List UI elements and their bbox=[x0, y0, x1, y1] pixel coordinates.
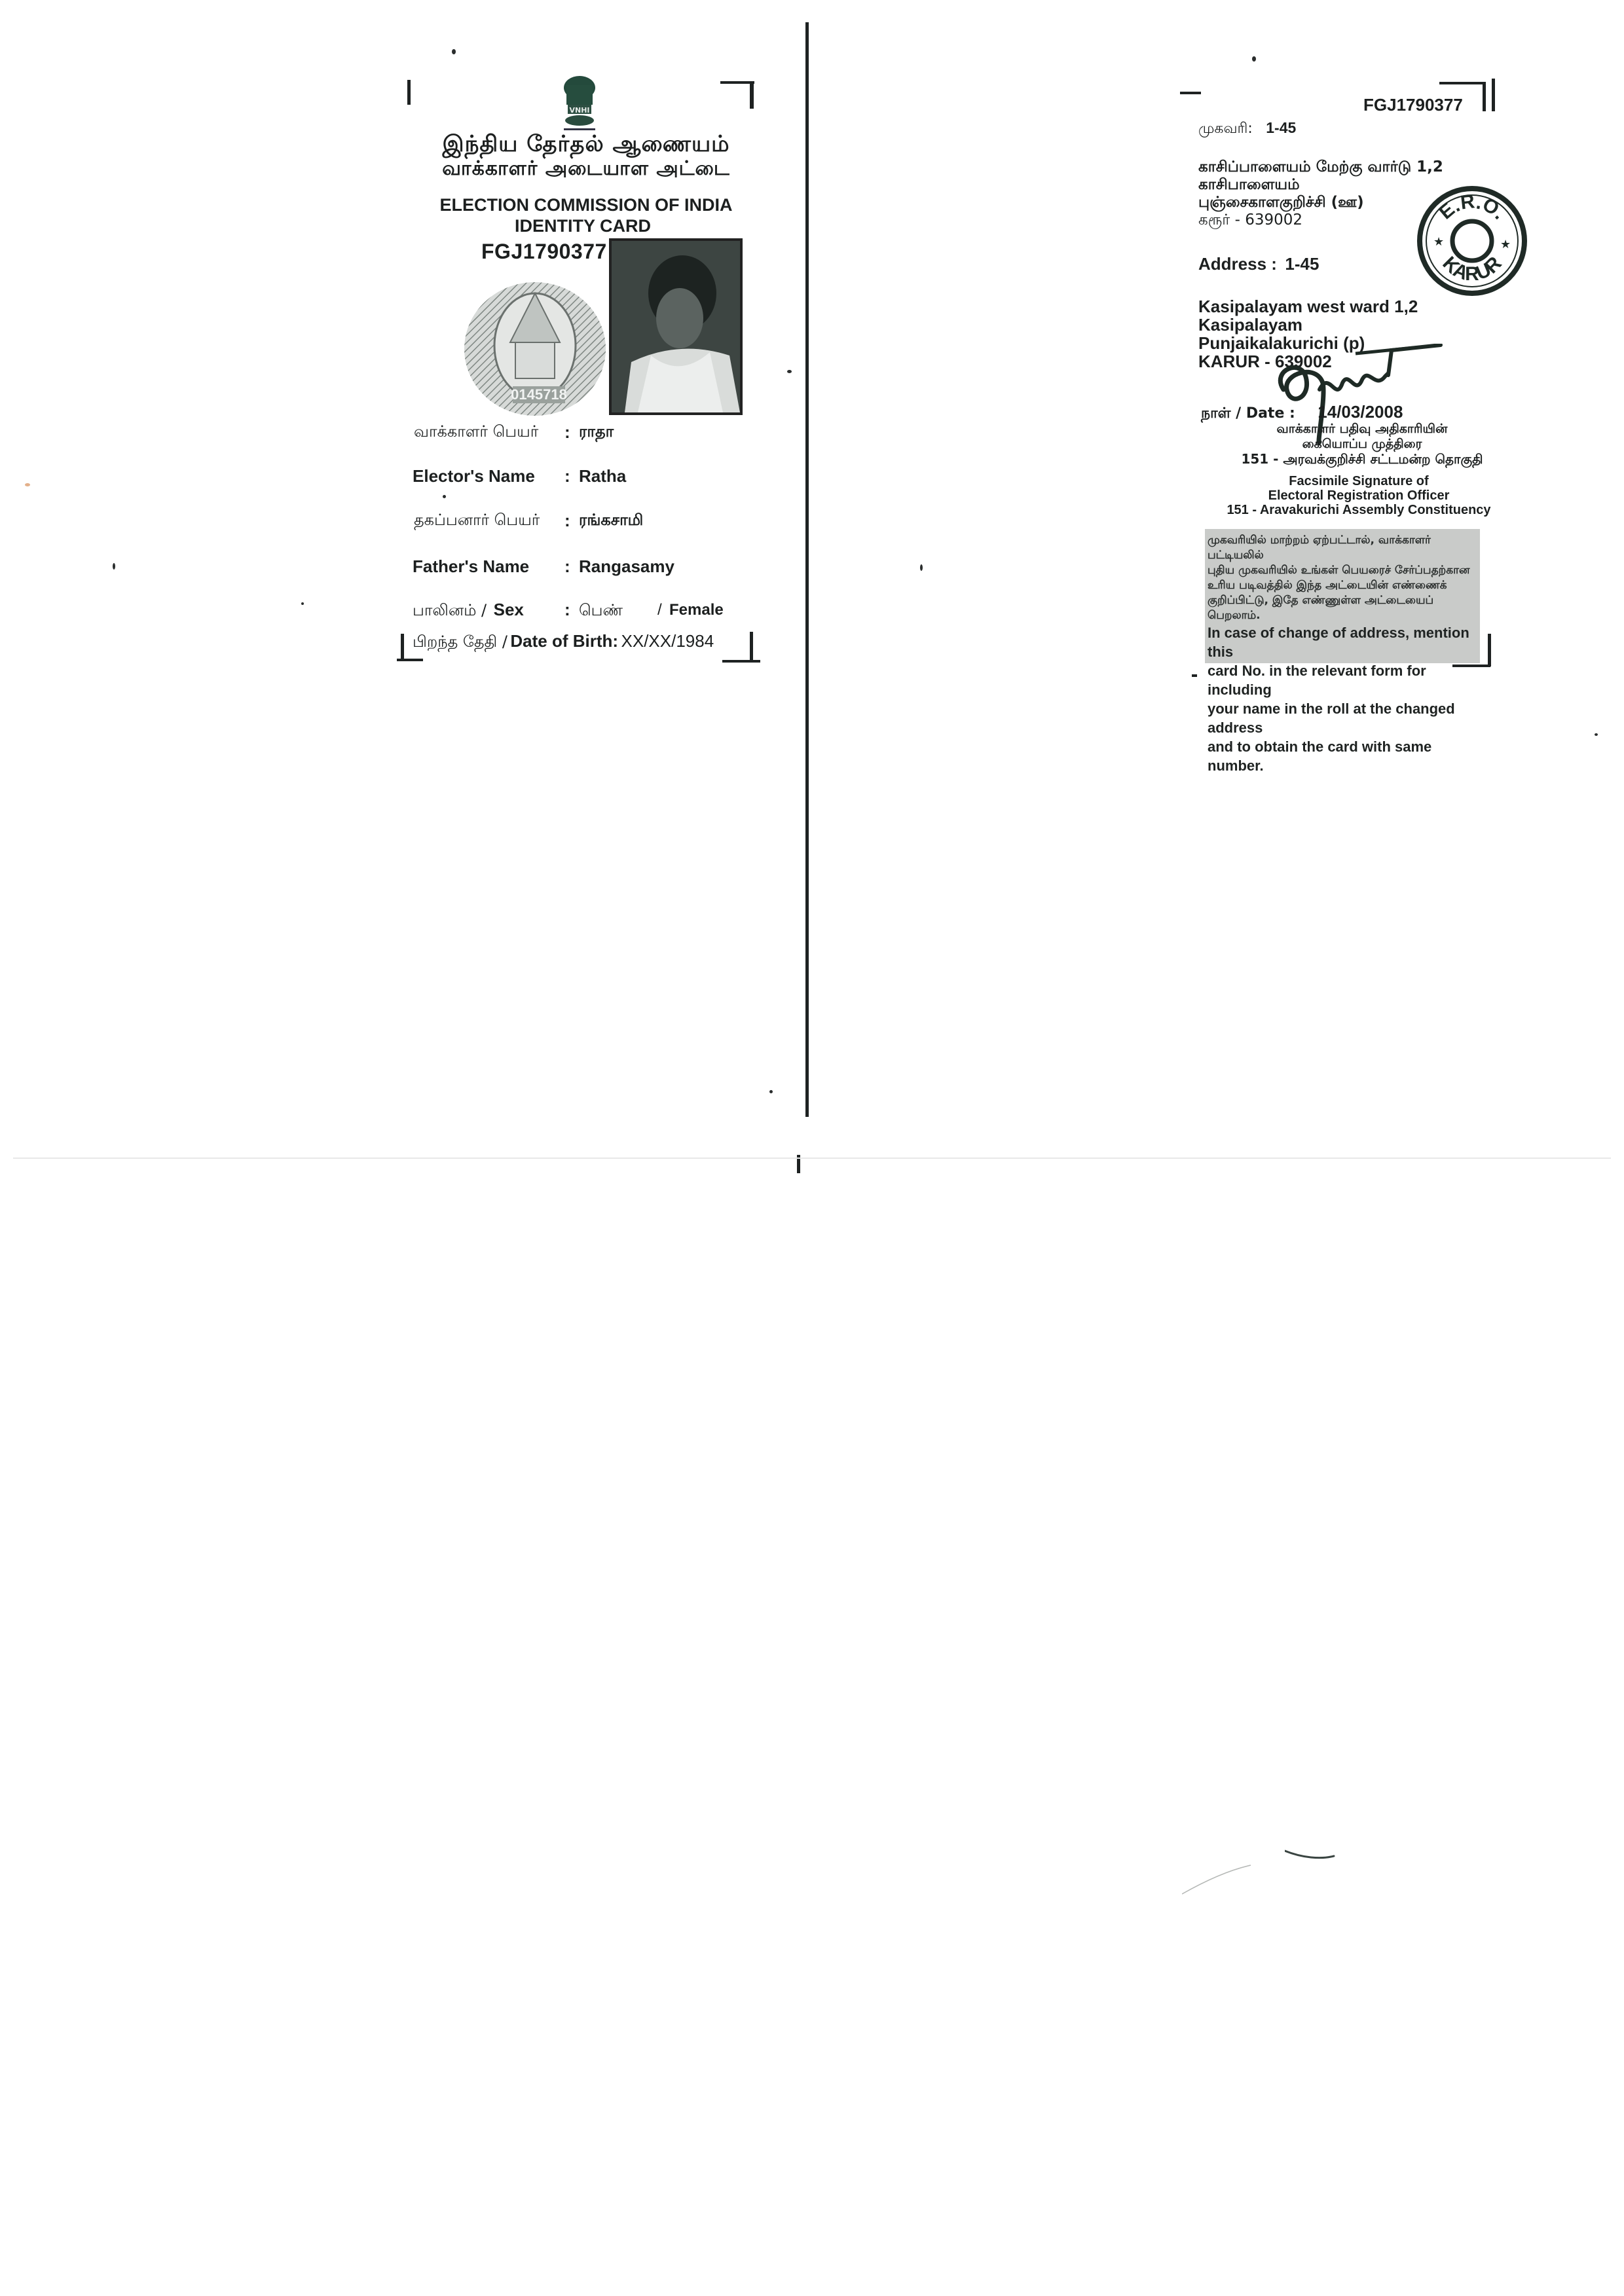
hologram-number: 0145718 bbox=[511, 386, 567, 403]
address-ta-line: கரூர் - 639002 bbox=[1198, 211, 1443, 229]
sig-ta-line2: கையொப்ப முத்திரை bbox=[1205, 437, 1519, 452]
title-tamil-line1: இந்திய தேர்தல் ஆணையம் bbox=[432, 131, 740, 160]
sex-sep: : bbox=[564, 600, 570, 620]
epic-number-back: FGJ1790377 bbox=[1363, 95, 1463, 115]
father-name-ta-value: ரங்கசாமி bbox=[579, 511, 643, 531]
scan-speck bbox=[769, 1090, 773, 1093]
address-number-ta: 1-45 bbox=[1266, 119, 1296, 136]
crop-mark-bottom-left bbox=[401, 634, 404, 660]
svg-text:VNHI: VNHI bbox=[569, 106, 589, 115]
svg-text:★: ★ bbox=[1500, 238, 1511, 251]
ero-stamp: E.R.O. KARUR ★ ★ bbox=[1416, 185, 1528, 297]
sig-en-line2: Electoral Registration Officer bbox=[1198, 488, 1519, 503]
note-en-line: your name in the roll at the changed add… bbox=[1208, 699, 1477, 737]
address-number-en: 1-45 bbox=[1285, 254, 1319, 274]
scan-smudge bbox=[1285, 1850, 1337, 1861]
sig-en-line1: Facsimile Signature of bbox=[1198, 474, 1519, 488]
note-ta-line: புதிய முகவரியில் உங்கள் பெயரைச் சேர்ப்பத… bbox=[1208, 563, 1477, 578]
title-english-line1: ELECTION COMMISSION OF INDIA bbox=[419, 195, 753, 215]
elector-name-ta-value: ராதா bbox=[579, 422, 614, 443]
crop-mark-bottom-left-h bbox=[397, 659, 423, 661]
scan-speck bbox=[25, 483, 30, 486]
elector-name-sep: : bbox=[564, 466, 570, 486]
speck-mark bbox=[1192, 674, 1197, 677]
sig-en-line3: 151 - Aravakurichi Assembly Constituency bbox=[1198, 503, 1519, 517]
sex-value-en: Female bbox=[669, 601, 724, 619]
note-en-line: and to obtain the card with same number. bbox=[1208, 737, 1477, 775]
change-of-address-note: முகவரியில் மாற்றம் ஏற்பட்டால், வாக்காளர்… bbox=[1205, 529, 1480, 663]
scan-speck bbox=[113, 563, 115, 570]
address-ta-header: முகவரி: 1-45 bbox=[1198, 119, 1296, 139]
address-label-en: Address : bbox=[1198, 254, 1277, 274]
scan-speck bbox=[787, 370, 792, 373]
note-ta-line: உரிய படிவத்தில் இந்த அட்டையின் எண்ணைக் bbox=[1208, 578, 1477, 593]
elector-name-value: Ratha bbox=[579, 466, 626, 486]
sig-ta-line3: 151 - அரவக்குறிச்சி சட்டமன்ற தொகுதி bbox=[1205, 452, 1519, 467]
sex-row: பாலினம் / Sex bbox=[413, 600, 524, 621]
elector-name-ta-sep: : bbox=[564, 422, 570, 443]
speck bbox=[443, 495, 446, 498]
sig-ta-line1: வாக்காளர் பதிவு அதிகாரியின் bbox=[1205, 422, 1519, 437]
signature-caption-en: Facsimile Signature of Electoral Registr… bbox=[1198, 474, 1519, 517]
title-tamil-line2: வாக்காளர் அடையாள அட்டை bbox=[426, 157, 747, 183]
father-name-label: Father's Name bbox=[413, 556, 529, 577]
father-name-value: Rangasamy bbox=[579, 556, 674, 577]
title-english-line2: IDENTITY CARD bbox=[485, 216, 681, 236]
crop-mark-top-right-v2 bbox=[1492, 79, 1495, 111]
sex-label-en: Sex bbox=[494, 600, 524, 619]
sex-value-ta: பெண் bbox=[579, 601, 623, 621]
crop-mark-bottom-right-v bbox=[1488, 634, 1491, 666]
crop-mark-top-left bbox=[1180, 92, 1201, 94]
note-ta-line: குறிப்பிட்டு, இதே எண்ணுள்ள அட்டையைப் பெற… bbox=[1208, 593, 1477, 623]
dob-label-ta: பிறந்த தேதி / bbox=[413, 632, 507, 651]
scan-speck bbox=[301, 602, 304, 605]
dob-row: பிறந்த தேதி / Date of Birth: XX/XX/1984 bbox=[413, 631, 714, 653]
address-label-ta: முகவரி: bbox=[1198, 120, 1253, 137]
address-ta-line: காசிபாளையம் bbox=[1198, 176, 1443, 194]
note-en-line: card No. in the relevant form for includ… bbox=[1208, 661, 1477, 699]
address-en-line: Kasipalayam bbox=[1198, 316, 1418, 334]
address-ta-block: காசிப்பாளையம் மேற்கு வார்டு 1,2 காசிபாளை… bbox=[1198, 158, 1443, 229]
elector-photo bbox=[609, 238, 743, 415]
address-ta-line: புஞ்சைகாளகுறிச்சி (ஊ) bbox=[1198, 194, 1443, 211]
scan-speck bbox=[452, 49, 456, 54]
scan-smudge bbox=[1182, 1863, 1254, 1895]
paper-edge-line bbox=[13, 1157, 1611, 1159]
crop-mark-top-right-v1 bbox=[1483, 82, 1486, 111]
date-label: நாள் / Date : bbox=[1201, 405, 1295, 422]
elector-name-label: Elector's Name bbox=[413, 466, 535, 486]
address-en-header: Address : 1-45 bbox=[1198, 254, 1319, 274]
crop-mark-bottom-right bbox=[750, 632, 753, 662]
address-ta-line: காசிப்பாளையம் மேற்கு வார்டு 1,2 bbox=[1198, 158, 1443, 176]
sex-slash: / bbox=[657, 601, 662, 619]
note-en-line: In case of change of address, mention th… bbox=[1208, 623, 1477, 661]
crop-mark-top-right-v bbox=[750, 81, 754, 109]
father-name-sep: : bbox=[564, 556, 570, 577]
hologram-seal: 0145718 bbox=[462, 280, 609, 418]
epic-number: FGJ1790377 bbox=[481, 240, 607, 264]
scan-speck bbox=[920, 564, 923, 571]
issue-date-row: நாள் / Date : 14/03/2008 bbox=[1201, 402, 1403, 424]
crop-mark-bottom-right-h bbox=[722, 660, 760, 663]
date-value: 14/03/2008 bbox=[1318, 402, 1403, 422]
dob-value: XX/XX/1984 bbox=[621, 631, 714, 651]
crop-mark-top-left bbox=[407, 80, 411, 105]
crop-mark-top-right-h bbox=[1439, 82, 1485, 84]
sex-label-ta: பாலினம் / bbox=[413, 601, 487, 619]
scan-speck bbox=[1252, 56, 1256, 62]
father-name-ta-sep: : bbox=[564, 511, 570, 531]
signature-caption-ta: வாக்காளர் பதிவு அதிகாரியின் கையொப்ப முத்… bbox=[1205, 422, 1519, 467]
elector-name-ta-label: வாக்காளர் பெயர் bbox=[414, 422, 538, 443]
father-name-ta-label: தகப்பனார் பெயர் bbox=[414, 511, 540, 531]
fold-line bbox=[805, 22, 809, 1117]
note-ta-line: முகவரியில் மாற்றம் ஏற்பட்டால், வாக்காளர்… bbox=[1208, 533, 1477, 563]
national-emblem-icon: VNHI bbox=[553, 73, 606, 136]
svg-text:★: ★ bbox=[1433, 235, 1444, 248]
scan-speck bbox=[1595, 733, 1598, 736]
address-en-line: Kasipalayam west ward 1,2 bbox=[1198, 297, 1418, 316]
dob-label-en: Date of Birth: bbox=[510, 631, 618, 651]
